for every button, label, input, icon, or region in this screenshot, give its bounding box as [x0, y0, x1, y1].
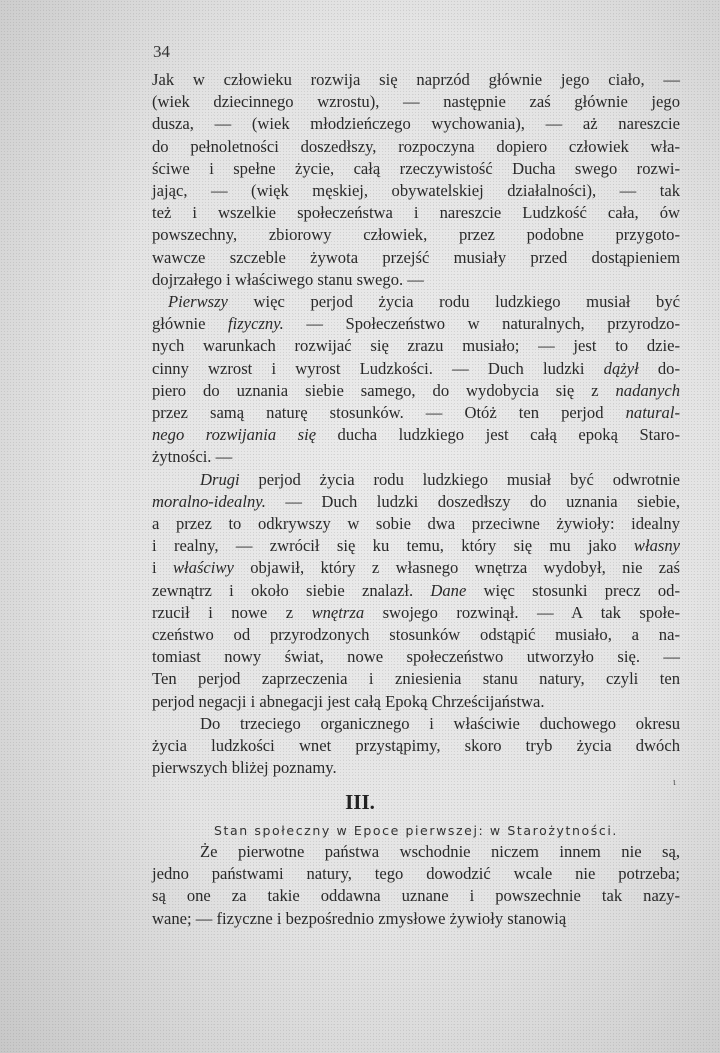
paragraph: Jak w człowieku rozwija się naprzód głów…: [152, 69, 680, 291]
italic-phrase: właściwy: [173, 558, 234, 577]
text-run: swojego rozwinął. — A tak społe-: [364, 603, 680, 622]
text-line: i właściwy objawił, który z własnego wnę…: [152, 557, 680, 579]
text-run: do pełnoletności doszedłszy, rozpoczyna …: [152, 137, 680, 156]
italic-phrase: własny: [634, 536, 680, 555]
text-run: tomiast nowy świat, nowe społeczeństwo u…: [152, 647, 680, 666]
text-line: wane; — fizyczne i bezpośrednio zmysłowe…: [152, 908, 680, 930]
italic-phrase: nego rozwijania się: [152, 425, 316, 444]
text-line: dojrzałego i właściwego stanu swego. —: [152, 269, 680, 291]
text-line: a przez to odkrywszy w sobie dwa przeciw…: [152, 513, 680, 535]
text-run: — Społeczeństwo w naturalnych, przyrodzo…: [284, 314, 680, 333]
text-run: ducha ludzkiego jest całą epoką Staro-: [316, 425, 680, 444]
text-line: Do trzeciego organicznego i właściwie du…: [152, 713, 680, 735]
text-line: piero do uznania siebie samego, do wydob…: [152, 380, 680, 402]
text-run: przez samą naturę stosunków. — Otóż ten …: [152, 403, 626, 422]
text-line: wawcze szczeble żywota przejść musiały p…: [152, 247, 680, 269]
text-line: Pierwszy więc perjod życia rodu ludzkieg…: [152, 291, 680, 313]
text-run: jedno państwami natury, tego dowodzić wc…: [152, 864, 680, 883]
text-line: jedno państwami natury, tego dowodzić wc…: [152, 863, 680, 885]
text-run: Do trzeciego organicznego i właściwie du…: [200, 714, 680, 733]
text-line: czeństwo od przyrodzonych stosunków odst…: [152, 624, 680, 646]
text-run: a przez to odkrywszy w sobie dwa przeciw…: [152, 514, 680, 533]
text-run: cinny wzrost i wyrost Ludzkości. — Duch …: [152, 359, 604, 378]
body-text: Jak w człowieku rozwija się naprzód głów…: [152, 69, 680, 780]
text-line: pierwszych bliżej poznamy.: [152, 757, 680, 779]
text-line: moralno-idealny. — Duch ludzki doszedłsz…: [152, 491, 680, 513]
text-run: perjod negacji i abnegacji jest całą Epo…: [152, 692, 545, 711]
text-line: Drugi perjod życia rodu ludzkiego musiał…: [152, 469, 680, 491]
text-run: perjod życia rodu ludzkiego musiał być o…: [240, 470, 680, 489]
text-run: więc perjod życia rodu ludzkiego musiał …: [228, 292, 680, 311]
section-body-text: Że pierwotne państwa wschodnie niczem in…: [152, 841, 680, 930]
text-run: żytności. —: [152, 447, 232, 466]
text-run: pierwszych bliżej poznamy.: [152, 758, 337, 777]
text-line: Że pierwotne państwa wschodnie niczem in…: [152, 841, 680, 863]
italic-phrase: natural-: [626, 403, 680, 422]
italic-phrase: wnętrza: [312, 603, 365, 622]
text-line: Jak w człowieku rozwija się naprzód głów…: [152, 69, 680, 91]
text-line: zewnątrz i około siebie znalazł. Dane wi…: [152, 580, 680, 602]
text-line: cinny wzrost i wyrost Ludzkości. — Duch …: [152, 358, 680, 380]
text-line: też i wszelkie społeczeństwa i nareszcie…: [152, 202, 680, 224]
text-run: też i wszelkie społeczeństwa i nareszcie…: [152, 203, 680, 222]
paragraph: Pierwszy więc perjod życia rodu ludzkieg…: [152, 291, 680, 469]
text-run: głównie: [152, 314, 228, 333]
text-run: ściwe i spełne życie, całą rzeczywistość…: [152, 159, 680, 178]
text-line: przez samą naturę stosunków. — Otóż ten …: [152, 402, 680, 424]
text-run: piero do uznania siebie samego, do wydob…: [152, 381, 615, 400]
italic-phrase: Drugi: [200, 470, 240, 489]
page-number: 34: [153, 42, 170, 62]
text-run: i: [152, 558, 173, 577]
text-line: głównie fizyczny. — Społeczeństwo w natu…: [152, 313, 680, 335]
text-line: (wiek dziecinnego wzrostu), — następnie …: [152, 91, 680, 113]
text-run: powszechny, zbiorowy człowiek, przez pod…: [152, 225, 680, 244]
text-run: są one za takie oddawna uznane i powszec…: [152, 886, 680, 905]
section-heading: III.: [0, 790, 720, 815]
text-run: Ten perjod zaprzeczenia i zniesienia sta…: [152, 669, 680, 688]
paragraph: Że pierwotne państwa wschodnie niczem in…: [152, 841, 680, 930]
text-run: zewnątrz i około siebie znalazł.: [152, 581, 430, 600]
text-run: więc stosunki precz od-: [466, 581, 680, 600]
italic-phrase: Pierwszy: [168, 292, 228, 311]
text-run: życia ludzkości wnet przystąpimy, skoro …: [152, 736, 680, 755]
text-run: wane; — fizyczne i bezpośrednio zmysłowe…: [152, 909, 566, 928]
text-run: czeństwo od przyrodzonych stosunków odst…: [152, 625, 680, 644]
text-line: Ten perjod zaprzeczenia i zniesienia sta…: [152, 668, 680, 690]
text-line: i realny, — zwrócił się ku temu, który s…: [152, 535, 680, 557]
text-line: nego rozwijania się ducha ludzkiego jest…: [152, 424, 680, 446]
italic-phrase: fizyczny.: [228, 314, 284, 333]
text-run: Jak w człowieku rozwija się naprzód głów…: [152, 70, 680, 89]
text-line: jając, — (więk męskiej, obywatelskiej dz…: [152, 180, 680, 202]
text-run: dusza, — (wiek młodzieńczego wychowania)…: [152, 114, 680, 133]
text-line: żytności. —: [152, 446, 680, 468]
text-run: objawił, który z własnego wnętrza wydoby…: [234, 558, 680, 577]
text-run: dojrzałego i właściwego stanu swego. —: [152, 270, 424, 289]
text-run: nych warunkach rozwijać się zrazu musiał…: [152, 336, 680, 355]
italic-phrase: dążył: [604, 359, 639, 378]
paragraph: Do trzeciego organicznego i właściwie du…: [152, 713, 680, 780]
text-run: jając, — (więk męskiej, obywatelskiej dz…: [152, 181, 680, 200]
text-line: perjod negacji i abnegacji jest całą Epo…: [152, 691, 680, 713]
text-line: rzucił i nowe z wnętrza swojego rozwinął…: [152, 602, 680, 624]
text-line: życia ludzkości wnet przystąpimy, skoro …: [152, 735, 680, 757]
italic-phrase: moralno-idealny.: [152, 492, 266, 511]
text-line: do pełnoletności doszedłszy, rozpoczyna …: [152, 136, 680, 158]
paragraph: Drugi perjod życia rodu ludzkiego musiał…: [152, 469, 680, 713]
text-line: dusza, — (wiek młodzieńczego wychowania)…: [152, 113, 680, 135]
text-run: — Duch ludzki doszedłszy do uznania sieb…: [266, 492, 680, 511]
text-line: tomiast nowy świat, nowe społeczeństwo u…: [152, 646, 680, 668]
italic-phrase: Dane: [430, 581, 466, 600]
text-run: rzucił i nowe z: [152, 603, 312, 622]
text-line: są one za takie oddawna uznane i powszec…: [152, 885, 680, 907]
print-speck: ɩ: [673, 777, 676, 788]
text-line: powszechny, zbiorowy człowiek, przez pod…: [152, 224, 680, 246]
italic-phrase: nadanych: [615, 381, 680, 400]
text-line: ściwe i spełne życie, całą rzeczywistość…: [152, 158, 680, 180]
text-run: i realny, — zwrócił się ku temu, który s…: [152, 536, 634, 555]
text-run: Że pierwotne państwa wschodnie niczem in…: [200, 842, 680, 861]
text-run: do-: [639, 359, 680, 378]
text-line: nych warunkach rozwijać się zrazu musiał…: [152, 335, 680, 357]
scanned-page: 34 Jak w człowieku rozwija się naprzód g…: [0, 0, 720, 1053]
text-run: wawcze szczeble żywota przejść musiały p…: [152, 248, 680, 267]
text-run: (wiek dziecinnego wzrostu), — następnie …: [152, 92, 680, 111]
section-subtitle: Stan społeczny w Epoce pierwszej: w Star…: [152, 823, 680, 838]
